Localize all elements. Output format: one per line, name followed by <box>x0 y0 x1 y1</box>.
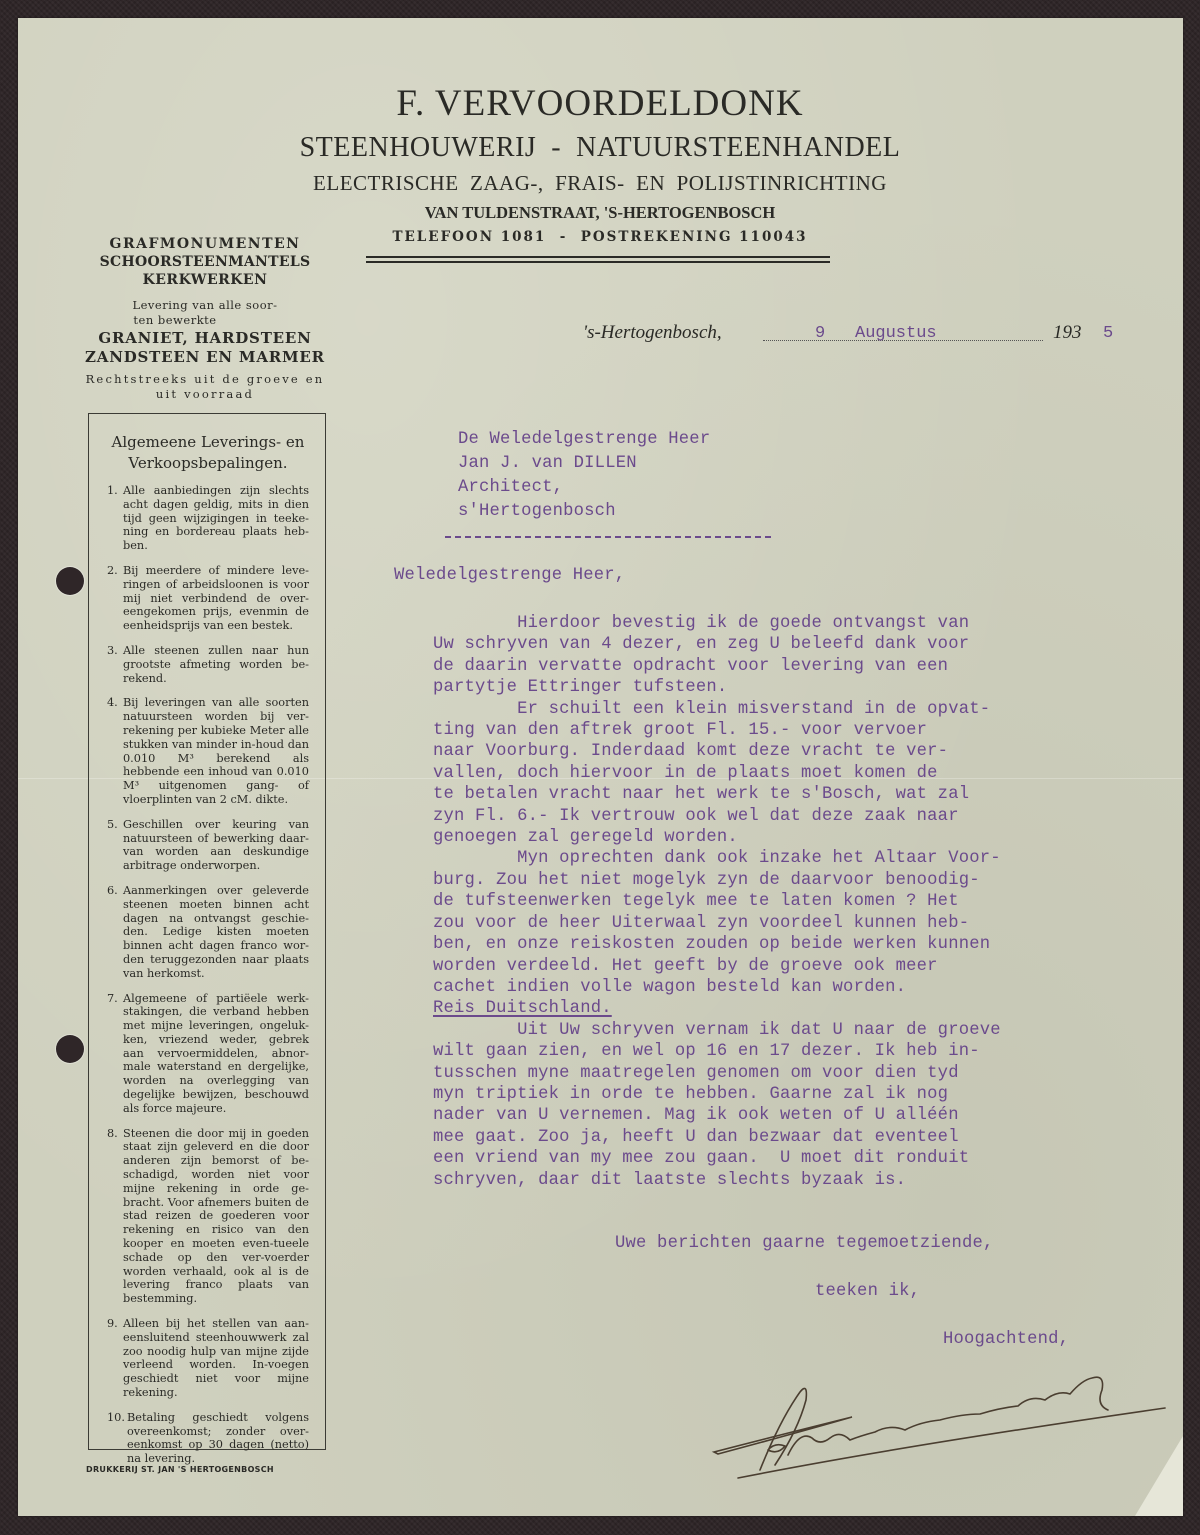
term-item: 7.Algemeene of partiëele werk-stakingen,… <box>107 992 309 1116</box>
term-number: 1. <box>107 484 123 553</box>
letterhead-double-rule <box>366 256 830 263</box>
term-text: Algemeene of partiëele werk-stakingen, d… <box>123 992 309 1116</box>
date-day: 9 <box>815 324 825 343</box>
term-item: 9.Alleen bij het stellen van aan-eenslui… <box>107 1317 309 1400</box>
term-item: 6.Aanmerkingen over geleverde steenen mo… <box>107 884 309 981</box>
term-text: Steenen die door mij in goeden staat zij… <box>123 1127 309 1306</box>
term-number: 8. <box>107 1127 123 1306</box>
term-number: 6. <box>107 884 123 981</box>
letter-body: Hierdoor bevestig ik de goede ontvangst … <box>433 613 1001 1191</box>
specialty-item: GRAFMONUMENTEN <box>60 236 350 253</box>
salutation: Weledelgestrenge Heer, <box>394 565 625 586</box>
body-paragraphs-1: Hierdoor bevestig ik de goede ontvangst … <box>433 614 1001 997</box>
handwritten-signature <box>700 1360 1170 1480</box>
term-item: 1.Alle aanbiedingen zijn slechts acht da… <box>107 484 309 553</box>
company-address: VAN TULDENSTRAAT, 'S-HERTOGENBOSCH <box>210 203 990 223</box>
closing-line: Hoogachtend, <box>943 1329 1069 1350</box>
date-place: 's-Hertogenbosch, <box>583 322 722 344</box>
term-number: 10. <box>107 1411 127 1466</box>
dateline: 's-Hertogenbosch, 9 Augustus 193 5 <box>583 320 1123 350</box>
term-number: 7. <box>107 992 123 1116</box>
delivery-note: ten bewerkte <box>30 313 320 328</box>
closing-line: Uwe berichten gaarne tegemoetziende, <box>615 1233 994 1254</box>
term-text: Alleen bij het stellen van aan-eensluite… <box>123 1317 309 1400</box>
specialty-item: KERKWERKEN <box>60 272 350 289</box>
term-item: 5.Geschillen over keuring van natuurstee… <box>107 818 309 873</box>
specialty-item: SCHOORSTEENMANTELS <box>60 254 350 271</box>
source-note: Rechtstreeks uit de groeve en <box>60 372 350 387</box>
term-text: Alle aanbiedingen zijn slechts acht dage… <box>123 484 309 553</box>
term-number: 5. <box>107 818 123 873</box>
date-year-typed: 5 <box>1103 324 1113 343</box>
term-item: 2.Bij meerdere of mindere leve-ringen of… <box>107 564 309 633</box>
addressee-block: De Weledelgestrenge Heer Jan J. van DILL… <box>458 428 710 524</box>
term-item: 10.Betaling geschiedt volgens overeenkom… <box>107 1411 309 1466</box>
terms-title: Algemeene Leverings- en Verkoopsbepaling… <box>107 432 309 474</box>
closing-line: teeken ik, <box>815 1281 920 1302</box>
addressee-dashed-rule <box>445 536 771 538</box>
date-year-printed: 193 <box>1053 322 1082 344</box>
stone-types: ZANDSTEEN EN MARMER <box>60 348 350 367</box>
term-text: Alle steenen zullen naar hun grootste af… <box>123 644 309 685</box>
company-services: ELECTRISCHE ZAAG-, FRAIS- EN POLIJSTINRI… <box>210 171 990 196</box>
date-month: Augustus <box>855 324 937 343</box>
source-note: uit voorraad <box>60 387 350 402</box>
term-text: Bij meerdere of mindere leve-ringen of a… <box>123 564 309 633</box>
punch-hole <box>56 567 84 595</box>
company-name: F. VERVOORDELDONK <box>210 82 990 125</box>
term-item: 8.Steenen die door mij in goeden staat z… <box>107 1127 309 1306</box>
company-trade: STEENHOUWERIJ - NATUURSTEENHANDEL <box>210 132 990 164</box>
term-number: 2. <box>107 564 123 633</box>
delivery-note: Levering van alle soor- <box>60 298 350 313</box>
terms-title-line: Verkoopsbepalingen. <box>107 453 309 474</box>
term-text: Geschillen over keuring van natuursteen … <box>123 818 309 873</box>
section-heading: Reis Duitschland. <box>433 999 612 1018</box>
stone-types: GRANIET, HARDSTEEN <box>60 329 350 348</box>
term-number: 4. <box>107 696 123 806</box>
term-text: Bij leveringen van alle soorten natuurst… <box>123 696 309 806</box>
terms-title-line: Algemeene Leverings- en <box>107 432 309 453</box>
body-paragraphs-2: Uit Uw schryven vernam ik dat U naar de … <box>433 1021 1001 1190</box>
term-item: 3.Alle steenen zullen naar hun grootste … <box>107 644 309 685</box>
term-text: Betaling geschiedt volgens overeenkomst;… <box>127 1411 309 1466</box>
printer-imprint: DRUKKERIJ ST. JAN 'S HERTOGENBOSCH <box>86 1465 274 1474</box>
term-number: 9. <box>107 1317 123 1400</box>
terms-box: Algemeene Leverings- en Verkoopsbepaling… <box>88 413 326 1450</box>
term-number: 3. <box>107 644 123 685</box>
punch-hole <box>56 1035 84 1063</box>
term-item: 4.Bij leveringen van alle soorten natuur… <box>107 696 309 806</box>
term-text: Aanmerkingen over geleverde steenen moet… <box>123 884 309 981</box>
